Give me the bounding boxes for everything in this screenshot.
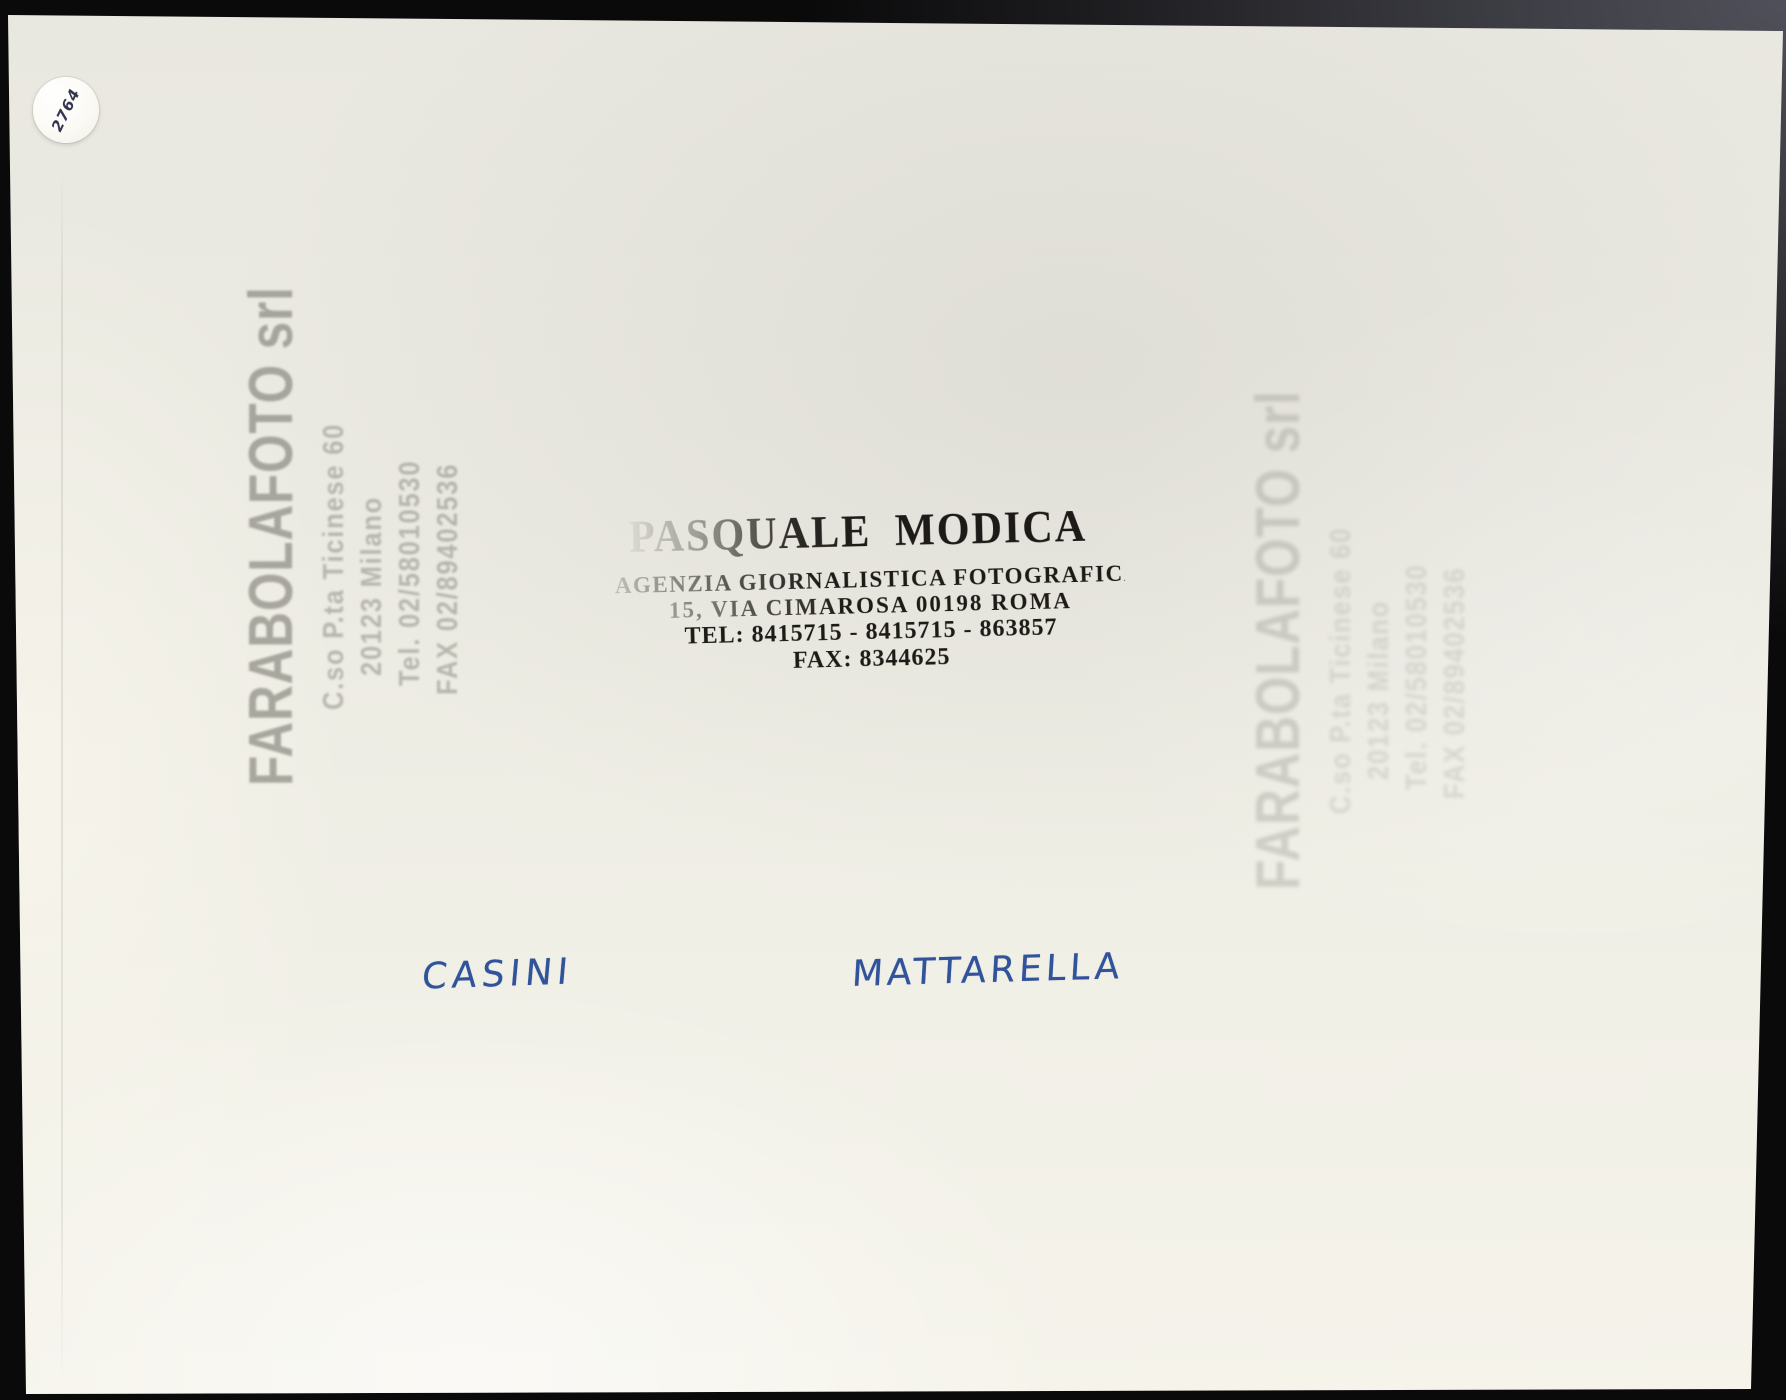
handwritten-caption-mattarella: MATTARELLA (851, 946, 1125, 995)
archive-number-sticker: 2764 (33, 77, 99, 143)
farabola-stamp-city: 20123 Milano (353, 299, 391, 676)
farabola-stamp-tel: Tel. 02/58010530 (1398, 405, 1436, 790)
paper-crease-line (61, 165, 63, 1390)
farabola-stamp-right: FARABOLAFOTO srl C.so P.ta Ticinese 60 2… (1243, 352, 1474, 952)
farabola-stamp-title: FARABOLAFOTO srl (236, 356, 307, 786)
farabola-stamp-fax: FAX 02/89402536 (429, 302, 467, 695)
archive-number: 2764 (48, 85, 84, 134)
handwritten-caption-casini: CASINI (420, 951, 574, 997)
farabola-stamp-tel: Tel. 02/58010530 (391, 301, 429, 686)
farabola-stamp-fax: FAX 02/89402536 (1436, 406, 1474, 799)
agf-stamp-name: PASQUALE MODICA - AGF (628, 499, 1109, 563)
stamp-spacer (307, 248, 315, 848)
photo-scan-background: 2764 FARABOLAFOTO srl C.so P.ta Ticinese… (0, 0, 1786, 1400)
photo-back-paper: 2764 FARABOLAFOTO srl C.so P.ta Ticinese… (0, 0, 1786, 1400)
farabola-stamp-title: FARABOLAFOTO srl (1243, 460, 1314, 890)
stamp-spacer (1314, 352, 1322, 952)
farabola-stamp-left: FARABOLAFOTO srl C.so P.ta Ticinese 60 2… (236, 248, 467, 848)
farabola-stamp-city: 20123 Milano (1360, 403, 1398, 780)
farabola-stamp-address: C.so P.ta Ticinese 60 (315, 303, 353, 710)
farabola-stamp-address: C.so P.ta Ticinese 60 (1322, 407, 1360, 814)
agf-ink-stamp: PASQUALE MODICA - AGF AGENZIA GIORNALIST… (613, 499, 1127, 679)
